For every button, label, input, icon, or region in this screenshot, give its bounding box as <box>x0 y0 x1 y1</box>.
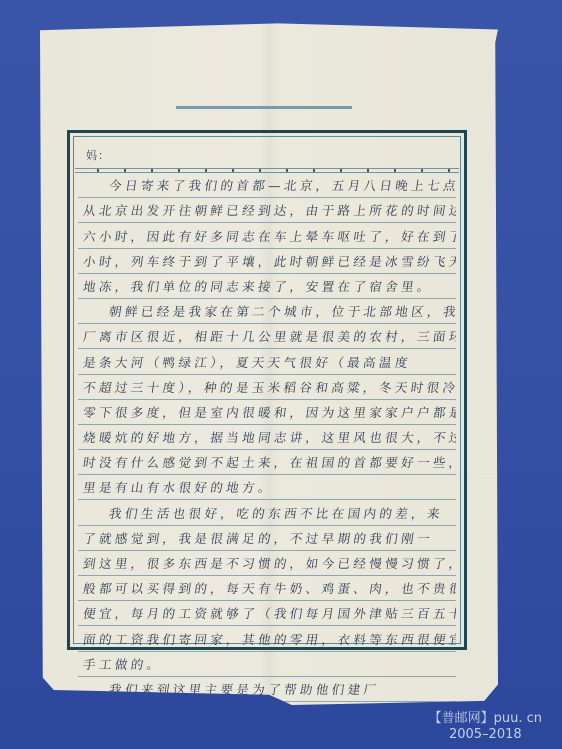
letter-line: 我们来到这里主要是为了帮助他们建厂 <box>78 677 456 702</box>
handwritten-text: 我们生活也很好，吃的东西不比在国内的差，来 <box>108 504 444 522</box>
handwritten-text: 六小时，因此有好多同志在车上晕车呕吐了，好在到了十六 <box>82 227 456 245</box>
letter-line: 制造零件，所以工作也就是很紧张，文化学习生活 <box>78 702 456 727</box>
rule-tick <box>421 169 423 172</box>
letter-line: 朝鲜已经是我家在第二个城市，位于北部地区，我们 <box>78 299 456 324</box>
rule-tick <box>367 169 369 172</box>
rule-tick <box>124 169 126 172</box>
watermark-years: 2005–2018 <box>429 727 542 743</box>
letter-line: 般都可以买得到的，每天有牛奶、鸡蛋、肉，也不贵很 <box>78 576 456 601</box>
letter-line: 小时，列车终于到了平壤，此时朝鲜已经是冰雪纷飞天寒 <box>78 249 456 274</box>
handwritten-text: 从北京出发开往朝鲜已经到达，由于路上所花的时间达到了十 <box>82 201 456 219</box>
rule-tick <box>340 169 342 172</box>
letter-line: 到这里，很多东西是不习惯的，如今已经慢慢习惯了，一 <box>78 551 456 576</box>
rule-tick <box>448 169 450 172</box>
handwritten-text: 了就感觉到，我是很满足的，不过早期的我们刚一 <box>82 529 434 547</box>
rule-tick <box>259 169 261 172</box>
rule-tick <box>151 169 153 172</box>
letter-line: 烧暖炕的好地方，据当地同志讲，这里风也很大，不过刮 <box>78 425 456 450</box>
handwritten-text: 小时，列车终于到了平壤，此时朝鲜已经是冰雪纷飞天寒 <box>82 252 456 270</box>
letter-line: 面的工资我们寄回家，其他的零用，衣料等东西很便宜，全是 <box>78 626 456 651</box>
handwritten-text: 时没有什么感觉到不起土来，在祖国的首都要好一些，这 <box>82 453 456 471</box>
letter-paper: 妈： 今日寄来了我们的首都—北京，五月八日晚上七点多钟我们全家从北京出发开往朝鲜… <box>40 22 498 705</box>
rule-tick <box>394 169 396 172</box>
rule-tick <box>313 169 315 172</box>
letter-line: 便宜，每月的工资就够了（我们每月国外津贴三百五十元），前 <box>78 601 456 626</box>
watermark: 【普邮网】puu. cn 2005–2018 <box>429 711 542 743</box>
rule-tick <box>232 169 234 172</box>
letter-line: 不超过三十度），种的是玉米稻谷和高粱，冬天时很冷 <box>78 375 456 400</box>
handwritten-text: 便宜，每月的工资就够了（我们每月国外津贴三百五十元），前 <box>82 604 456 622</box>
rule-tick <box>286 169 288 172</box>
handwritten-text: 烧暖炕的好地方，据当地同志讲，这里风也很大，不过刮 <box>82 428 456 446</box>
letter-line: 时没有什么感觉到不起土来，在祖国的首都要好一些，这 <box>78 450 456 475</box>
letter-line: 了就感觉到，我是很满足的，不过早期的我们刚一 <box>78 526 456 551</box>
letter-line: 我们生活也很好，吃的东西不比在国内的差，来 <box>78 500 456 525</box>
letter-line: 地冻，我们单位的同志来接了，安置在了宿舍里。 <box>78 274 456 299</box>
rule-tick <box>205 169 207 172</box>
letter-line: 里是有山有水很好的地方。 <box>78 475 456 500</box>
letter-line: 零下很多度，但是室内很暖和，因为这里家家户户都是 <box>78 400 456 425</box>
letter-body: 今日寄来了我们的首都—北京，五月八日晚上七点多钟我们全家从北京出发开往朝鲜已经到… <box>78 173 456 749</box>
ruled-frame: 妈： 今日寄来了我们的首都—北京，五月八日晚上七点多钟我们全家从北京出发开往朝鲜… <box>67 130 467 650</box>
handwritten-text: 手工做的。 <box>82 655 164 673</box>
watermark-site: 【普邮网】puu. cn <box>429 711 542 727</box>
letter-line: 很充实，三个星期才能有一次休息，其他时候只有 <box>78 727 456 749</box>
handwritten-text: 是条大河（鸭绿江），夏天天气很好（最高温度 <box>82 353 412 371</box>
handwritten-text: 很充实，三个星期才能有一次休息，其他时候只有 <box>82 730 434 748</box>
rule-tick <box>97 169 99 172</box>
handwritten-text: 里是有山有水很好的地方。 <box>82 478 275 496</box>
handwritten-text: 制造零件，所以工作也就是很紧张，文化学习生活 <box>82 705 434 723</box>
handwritten-text: 地冻，我们单位的同志来接了，安置在了宿舍里。 <box>82 277 434 295</box>
letterhead-rule <box>176 106 352 109</box>
letter-line: 厂离市区很近，相距十几公里就是很美的农村，三面环山前面 <box>78 324 456 349</box>
handwritten-text: 般都可以买得到的，每天有牛奶、鸡蛋、肉，也不贵很 <box>82 579 456 597</box>
handwritten-text: 到这里，很多东西是不习惯的，如今已经慢慢习惯了，一 <box>82 554 456 572</box>
rule-tick <box>178 169 180 172</box>
letter-line: 是条大河（鸭绿江），夏天天气很好（最高温度 <box>78 349 456 374</box>
letter-line: 今日寄来了我们的首都—北京，五月八日晚上七点多钟我们全家 <box>78 173 456 198</box>
letter-line: 从北京出发开往朝鲜已经到达，由于路上所花的时间达到了十 <box>78 198 456 223</box>
handwritten-text: 朝鲜已经是我家在第二个城市，位于北部地区，我们 <box>108 302 456 320</box>
letter-line: 手工做的。 <box>78 652 456 677</box>
handwritten-text: 今日寄来了我们的首都—北京，五月八日晚上七点多钟我们全家 <box>108 176 456 194</box>
handwritten-text: 零下很多度，但是室内很暖和，因为这里家家户户都是 <box>82 403 456 421</box>
letter-line: 六小时，因此有好多同志在车上晕车呕吐了，好在到了十六 <box>78 223 456 248</box>
salutation: 妈： <box>86 147 110 163</box>
handwritten-text: 我们来到这里主要是为了帮助他们建厂 <box>108 680 381 698</box>
handwritten-text: 面的工资我们寄回家，其他的零用，衣料等东西很便宜，全是 <box>82 630 456 648</box>
handwritten-text: 厂离市区很近，相距十几公里就是很美的农村，三面环山前面 <box>82 327 456 345</box>
handwritten-text: 不超过三十度），种的是玉米稻谷和高粱，冬天时很冷 <box>82 378 456 396</box>
